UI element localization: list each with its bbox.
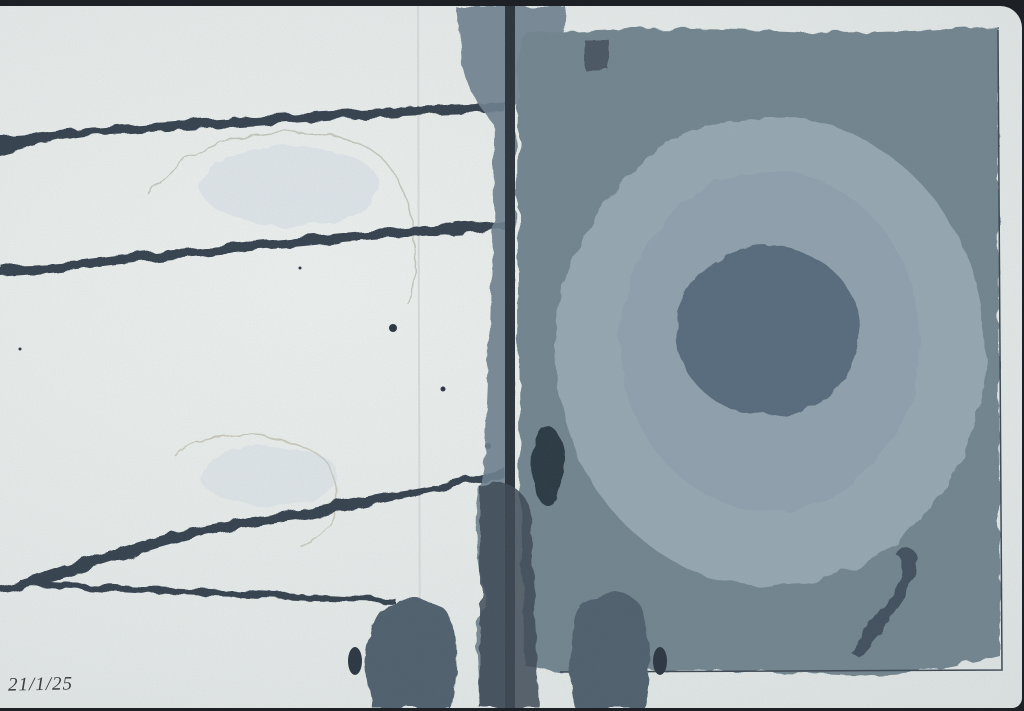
paper-pages: 21/1/25 bbox=[0, 6, 1022, 708]
left-page-stains bbox=[0, 6, 1022, 708]
handwritten-date: 21/1/25 bbox=[8, 673, 73, 696]
sketchbook-spread: 21/1/25 bbox=[0, 0, 1024, 711]
